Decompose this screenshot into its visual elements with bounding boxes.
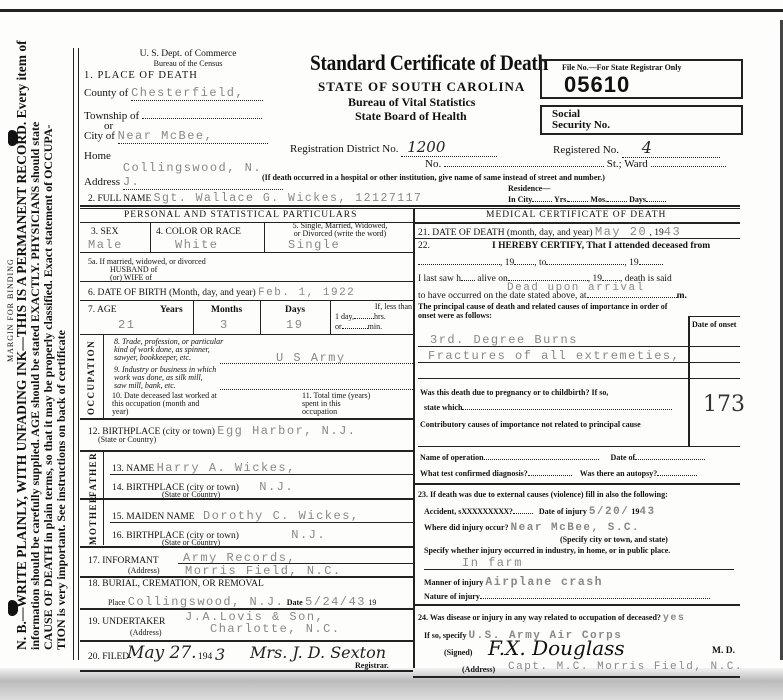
nature-label: Nature of injury [424, 592, 480, 601]
pregnancy-state-label: state which [424, 403, 462, 412]
file-number: 05610 [564, 72, 630, 98]
rule [413, 483, 740, 485]
last-worked-label: 10. Date deceased last worked at this oc… [112, 392, 217, 416]
registered-no-field: Registered No. 4 [553, 138, 720, 158]
principal-label-2: onset were as follows: [418, 311, 667, 320]
undertaker-label: 19. UNDERTAKER [88, 617, 165, 627]
ward-value [651, 166, 726, 167]
registered-value: 4 [622, 138, 720, 158]
occurred-blank [587, 297, 677, 298]
contributory-label: Contributory causes of importance not re… [420, 420, 641, 429]
cell-divider [150, 222, 151, 252]
full-name-label: 2. FULL NAME [88, 194, 151, 204]
bureau-census-label: Bureau of the Census [128, 59, 248, 68]
dob-label: 6. DATE OF BIRTH (Month, day, and year) [88, 288, 256, 298]
dept-label: U. S. Dept. of Commerce [128, 50, 248, 59]
burial-place-field: Place Collingswood, N.J. Date 5/24/43 19 [108, 595, 376, 609]
rule [110, 522, 413, 523]
to-year-blank [639, 264, 663, 265]
related-label: 24. Was disease or injury in any way rel… [418, 613, 661, 622]
less-day-label: 1 day, [335, 312, 354, 321]
state-board-health: State Board of Health [355, 109, 467, 124]
from-19: , 19 [500, 258, 514, 268]
autopsy-blank [657, 475, 697, 476]
specify-place-value: In farm [462, 556, 523, 570]
ward-label: St.; Ward [607, 158, 648, 170]
rule [80, 334, 413, 335]
rule [424, 569, 734, 570]
min-label: min. [368, 322, 382, 331]
dod-year-value: 43 [664, 225, 681, 239]
days-label: Days [285, 305, 305, 315]
marital-label: 5. Single, Married, Widowed, or Divorced… [268, 222, 412, 238]
mother-side-label: MOTHER [88, 500, 98, 545]
place-of-death-heading: 1. PLACE OF DEATH [84, 70, 198, 81]
hrs-blank [354, 318, 374, 319]
alive-on-blank [508, 280, 588, 281]
less-than-day-1: If, less than [335, 302, 412, 312]
dob-field: 6. DATE OF BIRTH (Month, day, and year) … [88, 287, 355, 299]
marital-label-line2: or Divorced (write the word) [268, 230, 412, 238]
rule [220, 363, 413, 364]
rule [80, 208, 740, 209]
pregnancy-state-blank [462, 409, 672, 410]
age-months-value: 3 [220, 318, 229, 332]
manner-field: Manner of injury Airplane crash [424, 576, 603, 589]
related-answer: yes [663, 613, 686, 624]
rule [80, 576, 413, 578]
last-worked-label-3: year) [112, 408, 217, 416]
margin-line-1: N. B.—WRITE PLAINLY, WITH UNFADING INK—T… [15, 30, 29, 650]
manner-label: Manner of injury [424, 578, 483, 587]
age-days-value: 19 [286, 318, 303, 332]
rule [80, 300, 413, 301]
mother-birth-value: N.J. [291, 528, 326, 542]
registrar-signature: Mrs. J. D. Sexton [250, 643, 386, 662]
reg-district-label: Registration District No. [290, 143, 398, 155]
total-time-label: 11. Total time (years) spent in this occ… [302, 392, 370, 416]
related-field: 24. Was disease or injury in any way rel… [418, 613, 685, 624]
rule [80, 281, 413, 282]
cell-divider [193, 300, 194, 334]
county-value: Chesterfield, [131, 86, 263, 101]
physician-address-label: (Address) [462, 665, 495, 674]
rule [80, 498, 413, 500]
birthplace-value: Egg Harbor, N.J. [217, 424, 356, 438]
rule [418, 346, 740, 347]
filed-year-suffix: 3 [215, 645, 225, 664]
county-field: County of Chesterfield, [84, 86, 263, 101]
street-no-label: No. [425, 158, 441, 170]
hospital-note: (If death occurred in a hospital or othe… [262, 173, 605, 182]
father-side-label: FATHER [88, 452, 98, 497]
principal-cause-label: The principal cause of death and related… [418, 302, 667, 320]
pronoun-blank [461, 280, 475, 281]
residence-yrs: Yrs. [554, 195, 568, 204]
operation-date-blank [635, 459, 705, 460]
rule [80, 640, 413, 642]
rule [413, 222, 740, 224]
where-sub: (Specify city or town, and state) [560, 535, 668, 544]
months-label: Months [211, 305, 242, 315]
occurred-label: to have occurred on the date stated abov… [418, 291, 587, 301]
test-label: What test confirmed diagnosis? [420, 469, 528, 478]
from-year-blank [514, 264, 534, 265]
alive-year-blank [602, 280, 620, 281]
rule [413, 238, 740, 239]
date-of-death-field: 21. DATE OF DEATH (month, day, and year)… [418, 225, 681, 239]
township-value [142, 118, 262, 119]
medical-heading: MEDICAL CERTIFICATE OF DEATH [486, 210, 666, 220]
address-label: Address [84, 176, 120, 188]
date-of-onset-label: Date of onset [692, 320, 736, 329]
informant-address-label: (Address) [128, 566, 160, 575]
column-divider [413, 208, 415, 668]
manner-value: Airplane crash [485, 576, 603, 589]
external-cause-label: 23. If death was due to external causes … [418, 490, 668, 499]
residence-mos: Mos. [590, 195, 607, 204]
burial-place-label: Place [108, 598, 125, 607]
occupation-side-label: OCCUPATION [86, 340, 96, 415]
city-value: Near McBee, [118, 129, 268, 144]
certify-num: 22. [418, 241, 430, 251]
alive-on-label: alive on [477, 274, 507, 284]
rule [688, 316, 740, 317]
total-time-label-3: occupation [302, 408, 370, 416]
bureau-vital-statistics: Bureau of Vital Statistics [348, 95, 475, 110]
accident-q: ? [509, 507, 513, 516]
certify-text: I HEREBY CERTIFY, That I attended deceas… [492, 241, 710, 251]
nature-blank [480, 598, 710, 599]
ssn-label: Social Security No. [552, 109, 610, 131]
accident-blank [513, 513, 533, 514]
rule [80, 418, 413, 420]
father-name-label: 13. NAME [112, 464, 154, 474]
trade-label: 8. Trade, profession, or particular kind… [114, 338, 223, 362]
dod-value: May 20 [595, 225, 647, 239]
residence-yrs-blank [568, 201, 588, 202]
left-double-rule [73, 48, 79, 660]
state-name: STATE OF SOUTH CAROLINA [318, 79, 525, 95]
city-field: City of Near McBee, [84, 129, 268, 144]
trade-label-3: sawyer, bookkeeper, etc. [114, 354, 223, 362]
informant-label: 17. INFORMANT [88, 556, 159, 566]
rule [178, 563, 413, 564]
sex-label: 3. SEX [91, 227, 118, 237]
cell-divider [260, 300, 261, 334]
physician-signature: F.X. Douglass [488, 636, 625, 660]
marital-value: Single [288, 238, 340, 252]
filed-label: 20. FILED [88, 652, 129, 662]
death-certificate: MARGIN FOR BINDING N. B.—WRITE PLAINLY, … [0, 0, 783, 700]
date-injury-year: 43 [639, 506, 655, 518]
md-label: M. D. [712, 646, 735, 656]
min-blank [342, 328, 368, 329]
classification-code: 173 [703, 392, 745, 417]
to-19: , 19 [624, 258, 638, 268]
undertaker-address-label: (Address) [130, 628, 162, 637]
registrar-label: Registrar. [355, 661, 389, 670]
filed-date: May 27. [127, 643, 197, 663]
registered-label: Registered No. [553, 144, 619, 156]
operation-field: Name of operation Date of [420, 453, 705, 462]
rule [110, 474, 413, 475]
or-label-min: or [335, 322, 342, 331]
cause-2: Fractures of all extremeties, [428, 349, 680, 363]
rule [418, 362, 740, 363]
rule [413, 676, 740, 678]
rule [80, 252, 413, 253]
signed-label: (Signed) [444, 648, 472, 657]
operation-blank [484, 459, 599, 460]
street-no-value [444, 166, 604, 167]
full-name-field: 2. FULL NAME Sgt. Wallace G. Wickes, 121… [88, 192, 422, 205]
less-than-day: If, less than 1 day,hrs. ormin. [335, 302, 412, 332]
hrs-label: hrs. [374, 312, 386, 321]
burial-year-label: 19 [368, 598, 376, 607]
specify-place-label: Specify whether injury occurred in indus… [424, 546, 670, 555]
county-label: County of [84, 87, 128, 99]
cell-divider [264, 222, 265, 252]
residence-days-blank [646, 201, 666, 202]
rule [220, 389, 413, 390]
test-blank [528, 475, 572, 476]
physician-address-value: Capt. M.C. Morris Field, N.C. [508, 661, 743, 673]
residence-in-city: In City [508, 195, 532, 204]
date-injury-value: 5/20/ [589, 506, 630, 518]
sex-value: Male [88, 238, 123, 252]
residence-days: Days [629, 195, 646, 204]
file-number-label: File No.—For State Registrar Only [562, 63, 681, 72]
date-injury-label: Date of injury [539, 507, 587, 516]
filed-year-prefix: 194 [198, 652, 212, 662]
nature-field: Nature of injury [424, 592, 710, 601]
residence-city-blank [532, 201, 552, 202]
pregnancy-state-field: state which [424, 403, 672, 412]
residence-label: Residence— [508, 184, 550, 193]
personal-heading: PERSONAL AND STATISTICAL PARTICULARS [124, 210, 357, 220]
dob-value: Feb. 1, 1922 [258, 287, 355, 299]
birthplace-sub: (State or Country) [98, 435, 156, 444]
address-value: Collingswood, N. J. [123, 161, 283, 190]
attended-dates: , 19, to, 19 [418, 258, 740, 268]
operation-label: Name of operation [420, 453, 484, 462]
onset-column-divider [688, 316, 690, 446]
father-birth-value: N.J. [259, 480, 294, 494]
m-label: m. [677, 291, 687, 301]
industry-label-3: saw mill, bank, etc. [114, 382, 216, 390]
residence-mos-blank [607, 201, 627, 202]
principal-label-1: The principal cause of death and related… [418, 302, 667, 311]
to-blank [546, 264, 624, 265]
margin-line-4: TION is very important. See instructions… [55, 30, 68, 650]
rule [80, 546, 413, 548]
accident-label: Accident, s [424, 507, 461, 516]
reg-district-value: 1200 [401, 138, 497, 157]
mother-name-value: Dorothy C. Wickes, [203, 509, 360, 523]
diagnosis-field: What test confirmed diagnosis? Was there… [420, 469, 697, 478]
last-saw-label: I last saw h [418, 274, 461, 284]
cause-1: 3rd. Degree Burns [430, 333, 578, 347]
social-security-box: Social Security No. [540, 105, 743, 135]
file-number-box: File No.—For State Registrar Only 05610 [540, 59, 743, 99]
scan-top-edge [0, 0, 783, 12]
ssn-label-line2: Security No. [552, 120, 610, 131]
burial-date-label: Date [287, 598, 303, 607]
burial-label: 18. BURIAL, CREMATION, OR REMOVAL [88, 579, 264, 589]
rule [418, 446, 740, 447]
city-label: City of [84, 130, 115, 142]
pregnancy-label: Was this death due to pregnancy or to ch… [420, 388, 608, 397]
rule [413, 604, 740, 606]
registration-district-field: Registration District No. 1200 [290, 138, 497, 157]
to-label: , to [534, 258, 546, 268]
rule [418, 378, 740, 379]
cell-divider [330, 300, 331, 334]
undertaker-address: Charlotte, N.C. [210, 622, 341, 636]
dod-year-label: , 19 [650, 228, 664, 238]
race-value: White [175, 238, 219, 252]
where-value: Near McBee, S.C. [511, 522, 641, 534]
occurred-line: to have occurred on the date stated abov… [418, 291, 687, 301]
street-number-field: No. St.; Ward [425, 158, 726, 170]
burial-date-value: 5/24/43 [305, 595, 366, 609]
father-name-value: Harry A. Wickes, [157, 461, 296, 475]
mother-name-label: 15. MAIDEN NAME [112, 512, 195, 522]
cell-divider [103, 334, 104, 418]
burial-place-value: Collingswood, N.J. [128, 595, 285, 609]
dod-label: 21. DATE OF DEATH (month, day, and year) [418, 228, 593, 238]
struck-out-text: XXXXXXXXX [461, 507, 509, 516]
rule [80, 205, 740, 207]
years-label: Years [160, 305, 183, 315]
autopsy-label: Was there an autopsy? [580, 469, 657, 478]
mother-name-field: 15. MAIDEN NAME Dorothy C. Wickes, [112, 509, 360, 523]
operation-date-label: Date of [611, 453, 636, 462]
rule [80, 450, 413, 452]
industry-label: 9. Industry or business in which work wa… [114, 366, 216, 390]
father-name-field: 13. NAME Harry A. Wickes, [112, 461, 296, 475]
full-name-value: Sgt. Wallace G. Wickes, 12127117 [154, 192, 423, 205]
where-label: Where did injury occur? [424, 523, 509, 532]
age-years-value: 21 [118, 318, 135, 332]
home-address-field: Address Collingswood, N. J. [84, 161, 283, 190]
margin-text-block: MARGIN FOR BINDING N. B.—WRITE PLAINLY, … [6, 30, 68, 650]
accident-field: Accident, sXXXXXXXXX? Date of injury 5/2… [424, 506, 656, 518]
rule [80, 670, 413, 672]
certificate-title: Standard Certificate of Death [310, 50, 548, 76]
related-specify-label: If so, specify [424, 631, 466, 640]
residence-fields: In City Yrs. Mos. Days [508, 195, 733, 204]
from-blank [418, 264, 500, 265]
dept-commerce: U. S. Dept. of Commerce Bureau of the Ce… [128, 50, 248, 68]
age-label: 7. AGE [88, 305, 117, 315]
where-field: Where did injury occur? Near McBee, S.C. [424, 522, 640, 534]
spouse-label: 5a. If married, widowed, or divorced HUS… [88, 258, 206, 282]
race-label: 4. COLOR OR RACE [156, 227, 241, 237]
